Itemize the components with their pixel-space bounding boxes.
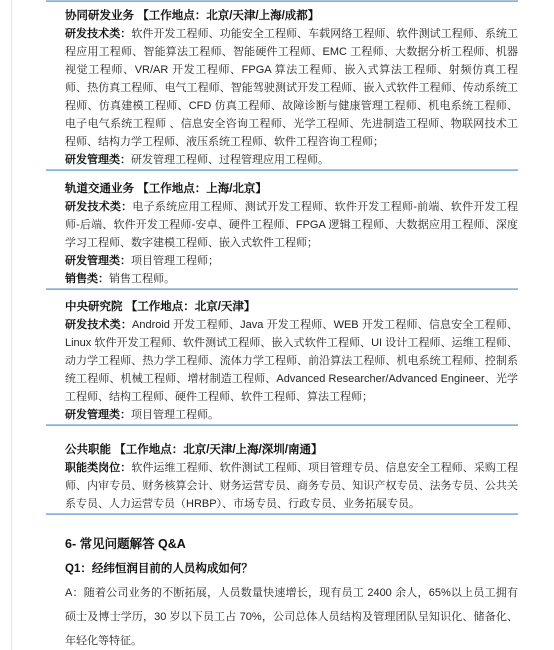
role-group-list: 软件运维工程师、软件测试工程师、项目管理专员、信息安全工程师、采购工程师、内审专… — [65, 462, 518, 510]
role-group-label: 研发管理类： — [65, 154, 131, 166]
role-group: 研发管理类：项目管理工程师； — [65, 252, 518, 270]
role-group-label: 研发技术类： — [65, 319, 132, 331]
faq-answer-1: A：随着公司业务的不断拓展，人员数量快速增长，现有员工 2400 余人，65%以… — [65, 581, 518, 650]
document-page: 协同研发业务 【工作地点：北京/天津/上海/成都】 研发技术类：软件开发工程师、… — [0, 0, 554, 650]
role-group-list: 项目管理工程师。 — [131, 409, 219, 421]
role-group: 职能类岗位：软件运维工程师、软件测试工程师、项目管理专员、信息安全工程师、采购工… — [65, 459, 518, 513]
role-group-list: 研发管理工程师、过程管理应用工程师。 — [131, 154, 329, 166]
role-group-list: 项目管理工程师； — [131, 255, 219, 267]
section-divider — [46, 513, 518, 515]
section-title: 公共职能 【工作地点：北京/天津/上海/深圳/南通】 — [65, 441, 518, 459]
role-group-label: 职能类岗位： — [65, 462, 131, 474]
role-group-label: 研发技术类： — [65, 201, 132, 213]
section-rail-transit: 轨道交通业务 【工作地点：上海/北京】 研发技术类：电子系统应用工程师、测试开发… — [46, 180, 518, 288]
faq-heading: 6- 常见问题解答 Q&A — [65, 535, 518, 553]
role-group: 研发技术类：软件开发工程师、功能安全工程师、车载网络工程师、软件测试工程师、系统… — [65, 25, 518, 151]
section-divider — [46, 424, 518, 426]
page-edge-line — [11, 0, 12, 650]
role-group: 研发技术类：电子系统应用工程师、测试开发工程师、软件开发工程师-前端、软件开发工… — [65, 198, 518, 252]
section-divider — [46, 0, 518, 2]
role-group-label: 研发技术类： — [65, 28, 131, 40]
section-central-research-institute: 中央研究院 【工作地点：北京/天津】 研发技术类：Android 开发工程师、J… — [46, 298, 518, 424]
faq-section: 6- 常见问题解答 Q&A Q1：经纬恒润目前的人员构成如何？ A：随着公司业务… — [46, 535, 518, 650]
section-title: 轨道交通业务 【工作地点：上海/北京】 — [65, 180, 518, 198]
section-collaborative-rd: 协同研发业务 【工作地点：北京/天津/上海/成都】 研发技术类：软件开发工程师、… — [46, 7, 518, 169]
section-public-functions: 公共职能 【工作地点：北京/天津/上海/深圳/南通】 职能类岗位：软件运维工程师… — [46, 441, 518, 513]
role-group-list: 销售工程师。 — [109, 273, 175, 285]
faq-question-1: Q1：经纬恒润目前的人员构成如何？ — [65, 560, 518, 578]
role-group-list: Android 开发工程师、Java 开发工程师、WEB 开发工程师、信息安全工… — [65, 319, 518, 403]
role-group: 研发管理类：研发管理工程师、过程管理应用工程师。 — [65, 151, 518, 169]
role-group-label: 销售类： — [65, 273, 109, 285]
role-group-list: 电子系统应用工程师、测试开发工程师、软件开发工程师-前端、软件开发工程师-后端、… — [65, 201, 518, 249]
role-group: 销售类：销售工程师。 — [65, 270, 518, 288]
section-divider — [46, 169, 518, 171]
document-content: 协同研发业务 【工作地点：北京/天津/上海/成都】 研发技术类：软件开发工程师、… — [46, 0, 518, 650]
role-group: 研发技术类：Android 开发工程师、Java 开发工程师、WEB 开发工程师… — [65, 316, 518, 406]
section-divider — [46, 288, 518, 290]
role-group: 研发管理类：项目管理工程师。 — [65, 406, 518, 424]
section-title: 中央研究院 【工作地点：北京/天津】 — [65, 298, 518, 316]
role-group-label: 研发管理类： — [65, 409, 131, 421]
role-group-label: 研发管理类： — [65, 255, 131, 267]
section-title: 协同研发业务 【工作地点：北京/天津/上海/成都】 — [65, 7, 518, 25]
role-group-list: 软件开发工程师、功能安全工程师、车载网络工程师、软件测试工程师、系统工程应用工程… — [65, 28, 518, 148]
